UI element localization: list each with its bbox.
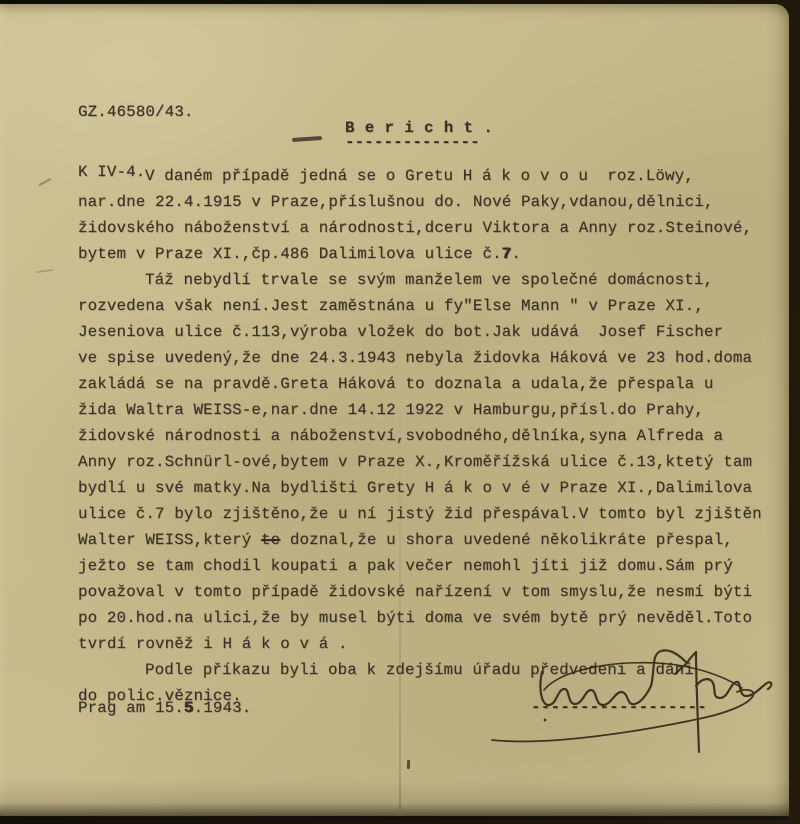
body-line: V daném případě jedná se o Gretu H á k o…: [78, 163, 762, 189]
body-line: považoval v tomto případě židovské naříz…: [78, 579, 762, 605]
title-underline: --------------: [345, 133, 480, 151]
body-line: ve spise uvedený,že dne 24.3.1943 nebyla…: [78, 345, 762, 371]
reference-number: GZ.46580/43.: [78, 102, 194, 122]
text-segment: žida Waltra WEISS-e,nar.dne 14.12 1922 v…: [78, 401, 704, 419]
text-segment: Táž nebydlí trvale se svým manželem ve s…: [145, 271, 713, 289]
text-segment: ježto se tam chodil koupati a pak večer …: [78, 557, 733, 575]
text-segment: V daném případě jedná se o Gretu H á k o…: [145, 167, 694, 185]
body-line: bydlí u své matky.Na bydlišti Grety H á …: [78, 475, 762, 501]
bottom-tick-mark: [407, 760, 410, 769]
body-line: žida Waltra WEISS-e,nar.dne 14.12 1922 v…: [78, 397, 762, 423]
text-segment: Walter WEISS,který: [78, 531, 261, 549]
body-line: ulice č.7 bylo zjištěno,že u ní jistý ži…: [78, 501, 762, 527]
text-segment: Anny roz.Schnürl-ové,bytem v Praze X.,Kr…: [78, 453, 752, 471]
body-line: Walter WEISS,který te doznal,že u shora …: [78, 527, 762, 553]
body-line: Táž nebydlí trvale se svým manželem ve s…: [78, 267, 762, 293]
body-line: židovského náboženství a národnosti,dcer…: [78, 215, 762, 241]
text-segment-strike: te: [261, 531, 280, 549]
text-segment: Jeseniova ulice č.113,výroba vložek do b…: [78, 323, 723, 341]
text-segment-over: 7: [502, 245, 512, 263]
text-segment: .: [511, 245, 521, 263]
text-segment: židovského náboženství a národnosti,dcer…: [78, 219, 752, 237]
handwritten-signature: [478, 630, 798, 780]
text-segment: doznal,že u shora uvedené několikráte př…: [280, 531, 733, 549]
date-line: Prag am 15.5.1943.: [78, 699, 251, 717]
text-segment: ve spise uvedený,že dne 24.3.1943 nebyla…: [78, 349, 752, 367]
text-segment: bytem v Praze XI.,čp.486 Dalimilova ulic…: [78, 245, 502, 263]
body-line: Anny roz.Schnürl-ové,bytem v Praze X.,Kr…: [78, 449, 762, 475]
body-line: rozvedena však není.Jest zaměstnána u fy…: [78, 293, 762, 319]
text-segment: zakládá se na pravdě.Greta Háková to doz…: [78, 375, 714, 393]
body-line: bytem v Praze XI.,čp.486 Dalimilova ulic…: [78, 241, 762, 267]
text-segment: Prag am 15.: [78, 699, 184, 717]
document-body: V daném případě jedná se o Gretu H á k o…: [78, 163, 762, 709]
scanned-document: GZ.46580/43. K IV-4. B e r i c h t . ---…: [0, 0, 800, 824]
text-segment: ulice č.7 bylo zjištěno,že u ní jistý ži…: [78, 505, 762, 523]
body-line: nar.dne 22.4.1915 v Praze,příslušnou do.…: [78, 189, 762, 215]
body-line: Jeseniova ulice č.113,výroba vložek do b…: [78, 319, 762, 345]
text-segment: po 20.hod.na ulici,že by musel býti doma…: [78, 609, 752, 627]
paper-bottom-shadow: [0, 780, 789, 820]
text-segment: považoval v tomto případě židovské naříz…: [78, 583, 752, 601]
text-segment: rozvedena však není.Jest zaměstnána u fy…: [78, 297, 704, 315]
text-segment: nar.dne 22.4.1915 v Praze,příslušnou do.…: [78, 193, 714, 211]
body-line: židovské národnosti a náboženství,svobod…: [78, 423, 762, 449]
body-line: po 20.hod.na ulici,že by musel býti doma…: [78, 605, 762, 631]
body-line: ježto se tam chodil koupati a pak večer …: [78, 553, 762, 579]
text-segment: tvrdí rovněž i H á k o v á .: [78, 635, 348, 653]
text-segment: židovské národnosti a náboženství,svobod…: [78, 427, 723, 445]
body-line: zakládá se na pravdě.Greta Háková to doz…: [78, 371, 762, 397]
text-segment: .1943.: [194, 699, 252, 717]
text-segment-over: 5: [184, 699, 194, 717]
text-segment: bydlí u své matky.Na bydlišti Grety H á …: [78, 479, 752, 497]
